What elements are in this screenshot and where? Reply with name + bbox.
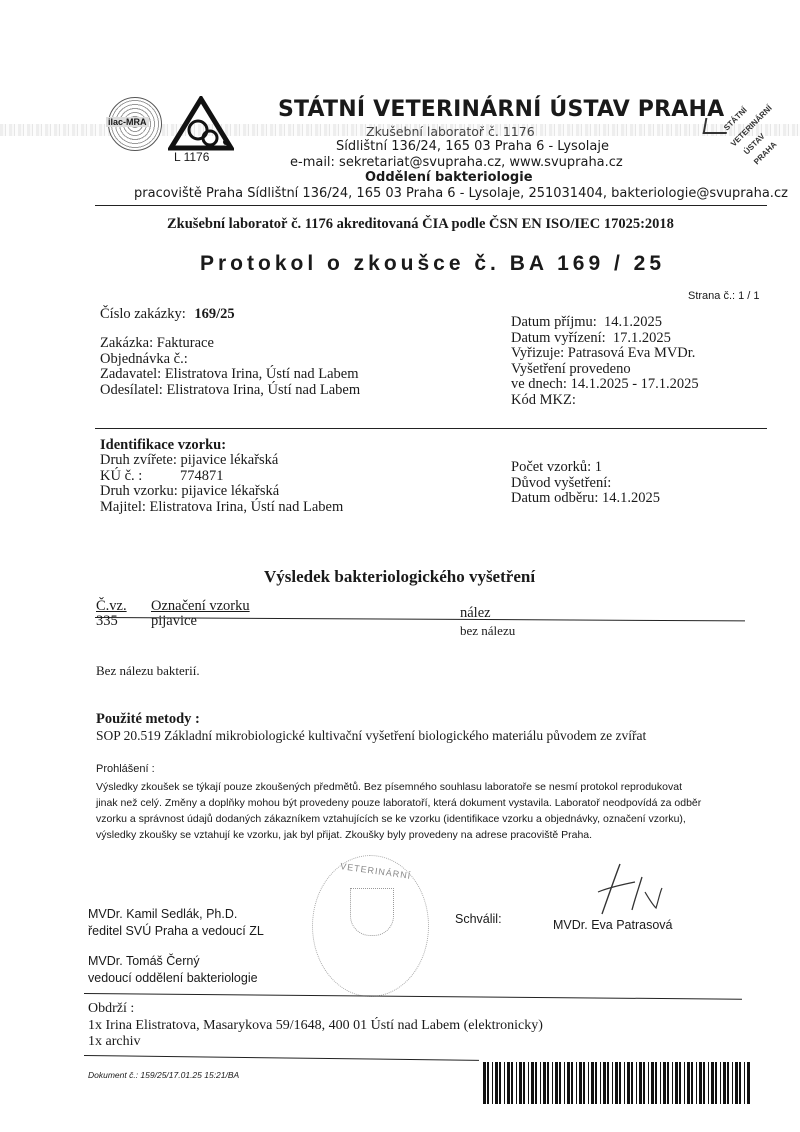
order-field: Odesílatel: Elistratova Irina, Ústí nad … bbox=[100, 383, 360, 399]
barcode-bar bbox=[507, 1062, 510, 1104]
barcode-bar bbox=[696, 1062, 697, 1104]
order-field: Datum vyřízení: 17.1.2025 bbox=[511, 331, 699, 347]
page-number: Strana č.: 1 / 1 bbox=[688, 290, 760, 302]
declaration-line: jinak než celý. Změny a doplňky mohou bý… bbox=[96, 795, 701, 811]
recipient-item: 1x Irina Elistratova, Masarykova 59/1648… bbox=[88, 1018, 543, 1034]
document-barcode bbox=[483, 1062, 756, 1104]
accreditation-statement: Zkušební laboratoř č. 1176 akreditovaná … bbox=[167, 216, 674, 233]
lab-code: L 1176 bbox=[174, 150, 209, 164]
barcode-bar bbox=[715, 1062, 717, 1104]
barcode-bar bbox=[660, 1062, 661, 1104]
ilac-mra-label: ilac-MRA bbox=[106, 117, 149, 127]
order-field: Zakázka: Fakturace bbox=[100, 336, 360, 352]
head-block: MVDr. Tomáš Černý vedoucí oddělení bakte… bbox=[88, 953, 258, 987]
barcode-bar bbox=[631, 1062, 633, 1104]
barcode-bar bbox=[732, 1062, 733, 1104]
barcode-bar bbox=[511, 1062, 513, 1104]
barcode-bar bbox=[559, 1062, 561, 1104]
methods-heading: Použité metody : bbox=[96, 711, 200, 728]
order-number-value: 169/25 bbox=[194, 306, 234, 322]
barcode-bar bbox=[588, 1062, 589, 1104]
barcode-bar bbox=[627, 1062, 630, 1104]
director-block: MVDr. Kamil Sedlák, Ph.D. ředitel SVÚ Pr… bbox=[88, 906, 264, 940]
barcode-bar bbox=[483, 1062, 486, 1104]
barcode-bar bbox=[679, 1062, 681, 1104]
protocol-title: Protokol o zkoušce č. BA 169 / 25 bbox=[200, 252, 665, 276]
barcode-bar bbox=[727, 1062, 729, 1104]
barcode-bar bbox=[499, 1062, 501, 1104]
barcode-bar bbox=[684, 1062, 685, 1104]
barcode-bar bbox=[675, 1062, 678, 1104]
barcode-bar bbox=[600, 1062, 601, 1104]
sample-right-fields: Počet vzorků: 1 Důvod vyšetření: Datum o… bbox=[511, 460, 660, 507]
barcode-bar bbox=[672, 1062, 673, 1104]
barcode-bar bbox=[667, 1062, 669, 1104]
barcode-bar bbox=[540, 1062, 541, 1104]
order-left-fields: Zakázka: Fakturace Objednávka č.: Zadava… bbox=[100, 336, 360, 398]
order-number-label: Číslo zakázky: bbox=[100, 306, 186, 322]
barcode-bar bbox=[703, 1062, 705, 1104]
barcode-bar bbox=[583, 1062, 585, 1104]
barcode-bar bbox=[531, 1062, 534, 1104]
barcode-bar bbox=[711, 1062, 714, 1104]
barcode-bar bbox=[492, 1062, 493, 1104]
barcode-bar bbox=[744, 1062, 745, 1104]
order-field: Kód MKZ: bbox=[511, 393, 699, 409]
barcode-bar bbox=[624, 1062, 625, 1104]
order-number-row: Číslo zakázky: 169/25 bbox=[100, 306, 235, 323]
barcode-bar bbox=[720, 1062, 721, 1104]
barcode-bar bbox=[523, 1062, 525, 1104]
barcode-bar bbox=[547, 1062, 549, 1104]
methods-text: SOP 20.519 Základní mikrobiologické kult… bbox=[96, 728, 646, 744]
sample-left-fields: Druh zvířete: pijavice lékařská KÚ č. :7… bbox=[100, 453, 343, 515]
director-title: ředitel SVÚ Praha a vedoucí ZL bbox=[88, 923, 264, 940]
barcode-bar bbox=[651, 1062, 654, 1104]
barcode-bar bbox=[552, 1062, 553, 1104]
order-field: Vyřizuje: Patrasová Eva MVDr. bbox=[511, 346, 699, 362]
barcode-bar bbox=[735, 1062, 738, 1104]
order-field: Objednávka č.: bbox=[100, 352, 360, 368]
barcode-bar bbox=[571, 1062, 573, 1104]
declaration-line: Výsledky zkoušek se týkají pouze zkoušen… bbox=[96, 779, 701, 795]
order-divider bbox=[95, 428, 767, 429]
recipients-heading: Obdrží : bbox=[88, 1001, 134, 1017]
lab-name: Zkušební laboratoř č. 1176 bbox=[366, 124, 535, 139]
barcode-bar bbox=[535, 1062, 537, 1104]
barcode-bar bbox=[495, 1062, 498, 1104]
order-field: ve dnech: 14.1.2025 - 17.1.2025 bbox=[511, 377, 699, 393]
handwritten-signature bbox=[590, 862, 680, 917]
sample-field: Počet vzorků: 1 bbox=[511, 460, 660, 476]
sample-field: Důvod vyšetření: bbox=[511, 476, 660, 492]
barcode-bar bbox=[699, 1062, 702, 1104]
declaration-line: vzorku a správnost údajů dodaných zákazn… bbox=[96, 811, 701, 827]
declaration-text: Výsledky zkoušek se týkají pouze zkoušen… bbox=[96, 779, 701, 843]
barcode-bar bbox=[567, 1062, 570, 1104]
recipient-item: 1x archiv bbox=[88, 1034, 543, 1050]
barcode-bar bbox=[516, 1062, 517, 1104]
barcode-bar bbox=[504, 1062, 505, 1104]
order-right-fields: Datum příjmu: 14.1.2025 Datum vyřízení: … bbox=[511, 315, 699, 408]
barcode-bar bbox=[555, 1062, 558, 1104]
barcode-bar bbox=[708, 1062, 709, 1104]
barcode-bar bbox=[576, 1062, 577, 1104]
barcode-bar bbox=[636, 1062, 637, 1104]
result-summary: Bez nálezu bakterií. bbox=[96, 663, 200, 679]
declaration-heading: Prohlášení : bbox=[96, 763, 155, 775]
barcode-bar bbox=[739, 1062, 741, 1104]
sample-no-cell: 335 bbox=[96, 613, 118, 630]
document-number: Dokument č.: 159/25/17.01.25 15:21/BA bbox=[88, 1070, 239, 1080]
barcode-bar bbox=[643, 1062, 645, 1104]
barcode-bar bbox=[607, 1062, 609, 1104]
barcode-bar bbox=[603, 1062, 606, 1104]
sample-field: Druh vzorku: pijavice lékařská bbox=[100, 484, 343, 500]
head-name: MVDr. Tomáš Černý bbox=[88, 953, 258, 970]
order-field: Vyšetření provedeno bbox=[511, 362, 699, 378]
barcode-bar bbox=[747, 1062, 750, 1104]
barcode-bar bbox=[615, 1062, 618, 1104]
accreditation-triangle-logo bbox=[168, 96, 234, 152]
seal-coat-of-arms-icon bbox=[350, 888, 394, 936]
sample-field: Datum odběru: 14.1.2025 bbox=[511, 491, 660, 507]
barcode-bar bbox=[663, 1062, 666, 1104]
barcode-bar bbox=[619, 1062, 621, 1104]
barcode-bar bbox=[639, 1062, 642, 1104]
barcode-bar bbox=[648, 1062, 649, 1104]
barcode-bar bbox=[687, 1062, 690, 1104]
order-field: Zadavatel: Elistratova Irina, Ústí nad L… bbox=[100, 367, 360, 383]
barcode-bar bbox=[519, 1062, 522, 1104]
head-title: vedoucí oddělení bakteriologie bbox=[88, 970, 258, 987]
finding-cell: bez nálezu bbox=[460, 623, 515, 639]
barcode-bar bbox=[723, 1062, 726, 1104]
recipients-list: 1x Irina Elistratova, Masarykova 59/1648… bbox=[88, 1018, 543, 1050]
lab-address: Sídlištní 136/24, 165 03 Praha 6 - Lysol… bbox=[336, 139, 609, 154]
barcode-bar bbox=[691, 1062, 693, 1104]
lab-contact: e-mail: sekretariat@svupraha.cz, www.svu… bbox=[290, 155, 623, 170]
barcode-bar bbox=[591, 1062, 594, 1104]
barcode-bar bbox=[564, 1062, 565, 1104]
workplace-address: pracoviště Praha Sídlištní 136/24, 165 0… bbox=[134, 186, 788, 201]
declaration-line: výsledky zkoušky se vztahují ke vzorku, … bbox=[96, 827, 701, 843]
sample-field: Druh zvířete: pijavice lékařská bbox=[100, 453, 343, 469]
recipients-divider bbox=[84, 993, 742, 1000]
result-heading: Výsledek bakteriologického vyšetření bbox=[264, 567, 535, 587]
barcode-bar bbox=[543, 1062, 546, 1104]
header-divider bbox=[95, 205, 767, 206]
sample-label-cell: pijavice bbox=[151, 613, 197, 630]
sample-field: KÚ č. :774871 bbox=[100, 469, 343, 485]
approved-label: Schválil: bbox=[455, 912, 502, 926]
barcode-bar bbox=[612, 1062, 613, 1104]
director-name: MVDr. Kamil Sedlák, Ph.D. bbox=[88, 906, 264, 923]
sample-field: Majitel: Elistratova Irina, Ústí nad Lab… bbox=[100, 500, 343, 516]
institution-name: STÁTNÍ VETERINÁRNÍ ÚSTAV PRAHA bbox=[278, 97, 724, 122]
approver-name: MVDr. Eva Patrasová bbox=[553, 918, 673, 932]
barcode-bar bbox=[655, 1062, 657, 1104]
order-field: Datum příjmu: 14.1.2025 bbox=[511, 315, 699, 331]
footer-divider bbox=[84, 1055, 479, 1061]
barcode-bar bbox=[487, 1062, 489, 1104]
department-name: Oddělení bakteriologie bbox=[365, 170, 533, 185]
barcode-bar bbox=[528, 1062, 529, 1104]
barcode-bar bbox=[579, 1062, 582, 1104]
barcode-bar bbox=[595, 1062, 597, 1104]
